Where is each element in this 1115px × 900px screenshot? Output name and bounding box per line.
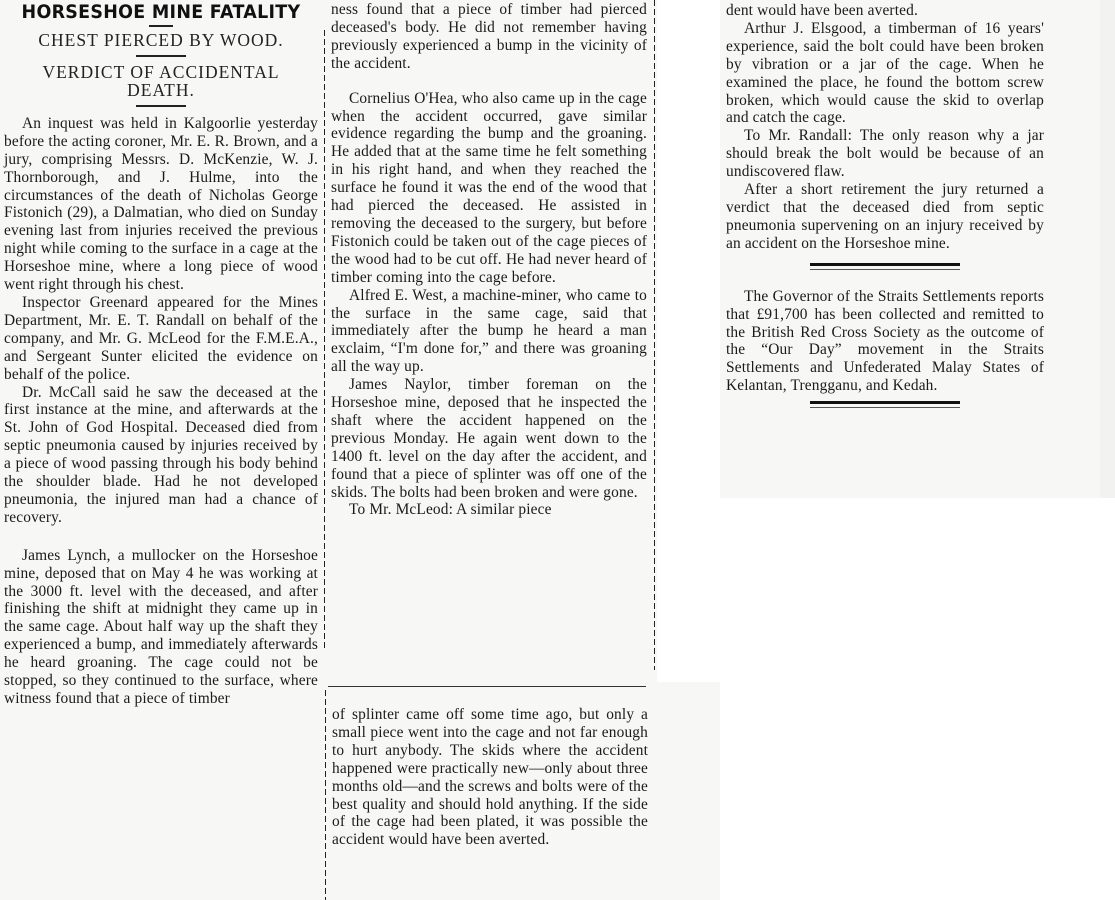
deck-rule [136,55,186,57]
paragraph: To Mr. McLeod: A similar piece [331,501,647,519]
column-rule [325,690,326,900]
paragraph: James Naylor, timber foreman on the Hors… [331,376,647,501]
subheadline-1: CHEST PIERCED BY WOOD. [4,31,318,49]
headline: HORSESHOE MINE FATALITY [17,4,306,22]
article-column-3: dent would have been averted. Arthur J. … [726,2,1044,408]
deck-rule [136,105,186,107]
subheadline-2: VERDICT OF ACCIDENTAL DEATH. [4,63,318,99]
paragraph: After a short retirement the jury return… [726,181,1044,253]
article-end-rule [810,263,960,270]
headline-rule [149,25,173,27]
paragraph: Arthur J. Elsgood, a timberman of 16 yea… [726,20,1044,127]
paragraph: An inquest was held in Kalgoorlie yester… [4,115,318,294]
article-column-2-continued: of splinter came off some time ago, but … [332,706,648,849]
article-column-2: ness found that a piece of timber had pi… [331,1,647,519]
paragraph: dent would have been averted. [726,2,1044,20]
paragraph: Alfred E. West, a machine-miner, who cam… [331,287,647,377]
paragraph: Dr. McCall said he saw the deceased at t… [4,384,318,527]
paragraph: To Mr. Randall: The only reason why a ja… [726,127,1044,181]
scan-noise [1100,0,1115,498]
paragraph: Inspector Greenard appeared for the Mine… [4,294,318,384]
brief-end-rule [810,401,960,408]
paragraph: ness found that a piece of timber had pi… [331,1,647,73]
column-rule [654,0,655,670]
fold-rule [328,686,646,687]
paragraph: of splinter came off some time ago, but … [332,706,648,849]
paragraph: Cornelius O'Hea, who also came up in the… [331,90,647,287]
article-column-1: HORSESHOE MINE FATALITY CHEST PIERCED BY… [4,0,318,708]
news-brief: The Governor of the Straits Settlements … [726,288,1044,395]
paragraph: James Lynch, a mullocker on the Horsesho… [4,547,318,708]
column-rule [324,30,325,650]
